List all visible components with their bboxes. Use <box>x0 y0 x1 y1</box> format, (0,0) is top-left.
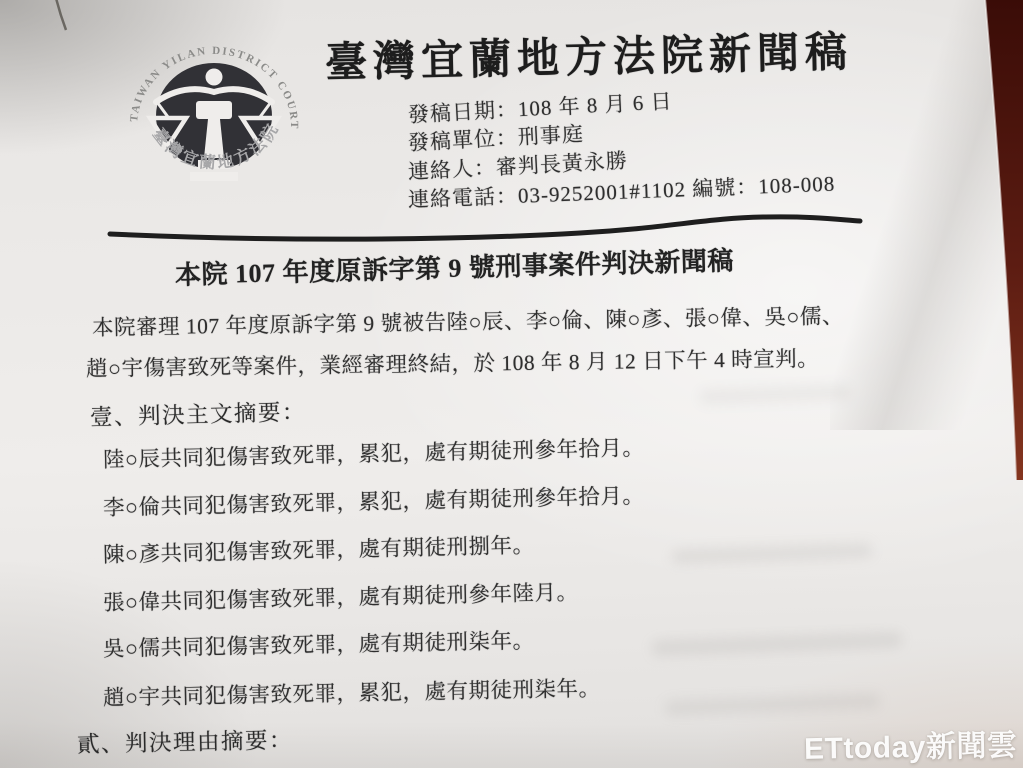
paper-fold-shadow <box>830 0 1020 430</box>
bleed-through-mark <box>665 693 880 715</box>
verdict-line: 陸○辰共同犯傷害致死罪，累犯，處有期徒刑參年拾月。 <box>103 431 645 474</box>
bleed-through-mark <box>700 385 850 403</box>
verdict-line: 張○偉共同犯傷害致死罪，處有期徒刑參年陸月。 <box>103 575 579 617</box>
photographed-press-release: TAIWAN YILAN DISTRICT COURT 臺灣宜蘭地方法院 臺灣宜… <box>0 0 1023 768</box>
verdict-line: 吳○儒共同犯傷害致死罪，處有期徒刑柒年。 <box>103 624 535 663</box>
verdict-line: 趙○宇共同犯傷害致死罪，累犯，處有期徒刑柒年。 <box>103 671 601 712</box>
intro-line: 本院審理 107 年度原訴字第 9 號被告陸○辰、李○倫、陳○彥、張○偉、吳○儒… <box>92 299 844 342</box>
section1-heading: 壹、判決主文摘要： <box>90 394 307 432</box>
pen-mark <box>56 0 66 30</box>
court-seal-logo: TAIWAN YILAN DISTRICT COURT 臺灣宜蘭地方法院 <box>124 30 304 198</box>
bleed-through-mark <box>652 632 902 657</box>
divider-line <box>100 205 880 250</box>
section2-heading: 貳、判決理由摘要： <box>77 722 294 759</box>
verdict-line: 李○倫共同犯傷害致死罪，累犯，處有期徒刑參年拾月。 <box>103 479 645 522</box>
case-headline: 本院 107 年度原訴字第 9 號刑事案件判決新聞稿 <box>175 240 735 292</box>
document-title: 臺灣宜蘭地方法院新聞稿 <box>324 19 853 90</box>
ettoday-watermark-logo: ETtoday新聞雲 <box>803 720 1017 768</box>
verdict-line: 陳○彥共同犯傷害致死罪，處有期徒刑捌年。 <box>103 528 535 569</box>
intro-line: 趙○宇傷害致死等案件，業經審理終結，於 108 年 8 月 12 日下午 4 時… <box>86 342 820 383</box>
bleed-through-mark <box>672 543 872 565</box>
